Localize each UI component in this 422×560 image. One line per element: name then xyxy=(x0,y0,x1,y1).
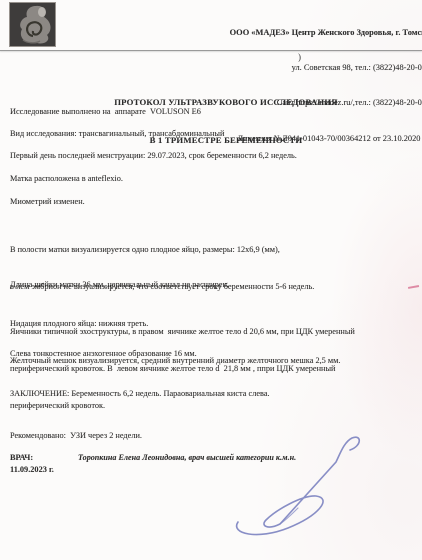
doctor-signature xyxy=(228,430,378,542)
document-date: 11.09.2023 г. xyxy=(10,464,54,476)
ovaries-line-1: Яичники типичной эхоструктуры, в правом … xyxy=(10,326,355,338)
conclusion-line: ЗАКЛЮЧЕНИЕ: Беременность 6,2 недель. Пар… xyxy=(10,388,270,400)
ultrasound-protocol-document: ООО «МАДЕЗ» Центр Женского Здоровья, г. … xyxy=(0,0,422,560)
lmp-line: Первый день последней менструации: 29.07… xyxy=(10,150,297,162)
device-line: Исследование выполнено на аппарате VOLUS… xyxy=(10,106,201,118)
uterus-position-line: Матка расположена в anteflexio. xyxy=(10,173,123,185)
exam-type-line: Вид исследования: трансвагинальный, тран… xyxy=(10,128,224,140)
scan-pink-mark xyxy=(408,285,419,288)
ovaries-line-3: периферический кровоток. xyxy=(10,400,355,412)
cyst-line: Слева тонкостенное анэхогенное образован… xyxy=(10,348,197,360)
header-divider xyxy=(0,50,422,51)
ovaries-paragraph: Яичники типичной эхоструктуры, в правом … xyxy=(10,301,355,437)
myometrium-line: Миометрий изменен. xyxy=(10,196,85,208)
clinic-logo xyxy=(9,2,56,52)
doctor-label: ВРАЧ: xyxy=(10,452,33,464)
recommendation-line: Рекомендовано: УЗИ через 2 недели. xyxy=(10,430,142,442)
ovaries-line-2: периферический кровоток. В левом яичнике… xyxy=(10,363,355,375)
mother-and-child-logo-icon xyxy=(9,2,56,47)
clinic-name: ООО «МАДЕЗ» Центр Женского Здоровья, г. … xyxy=(230,27,422,39)
scan-artifact-mark: ) xyxy=(298,52,301,62)
sac-line-1: В полости матки визуализируется одно пло… xyxy=(10,244,340,256)
cervix-line: Длина шейки матки 36 мм, цервикальный ка… xyxy=(10,279,229,291)
